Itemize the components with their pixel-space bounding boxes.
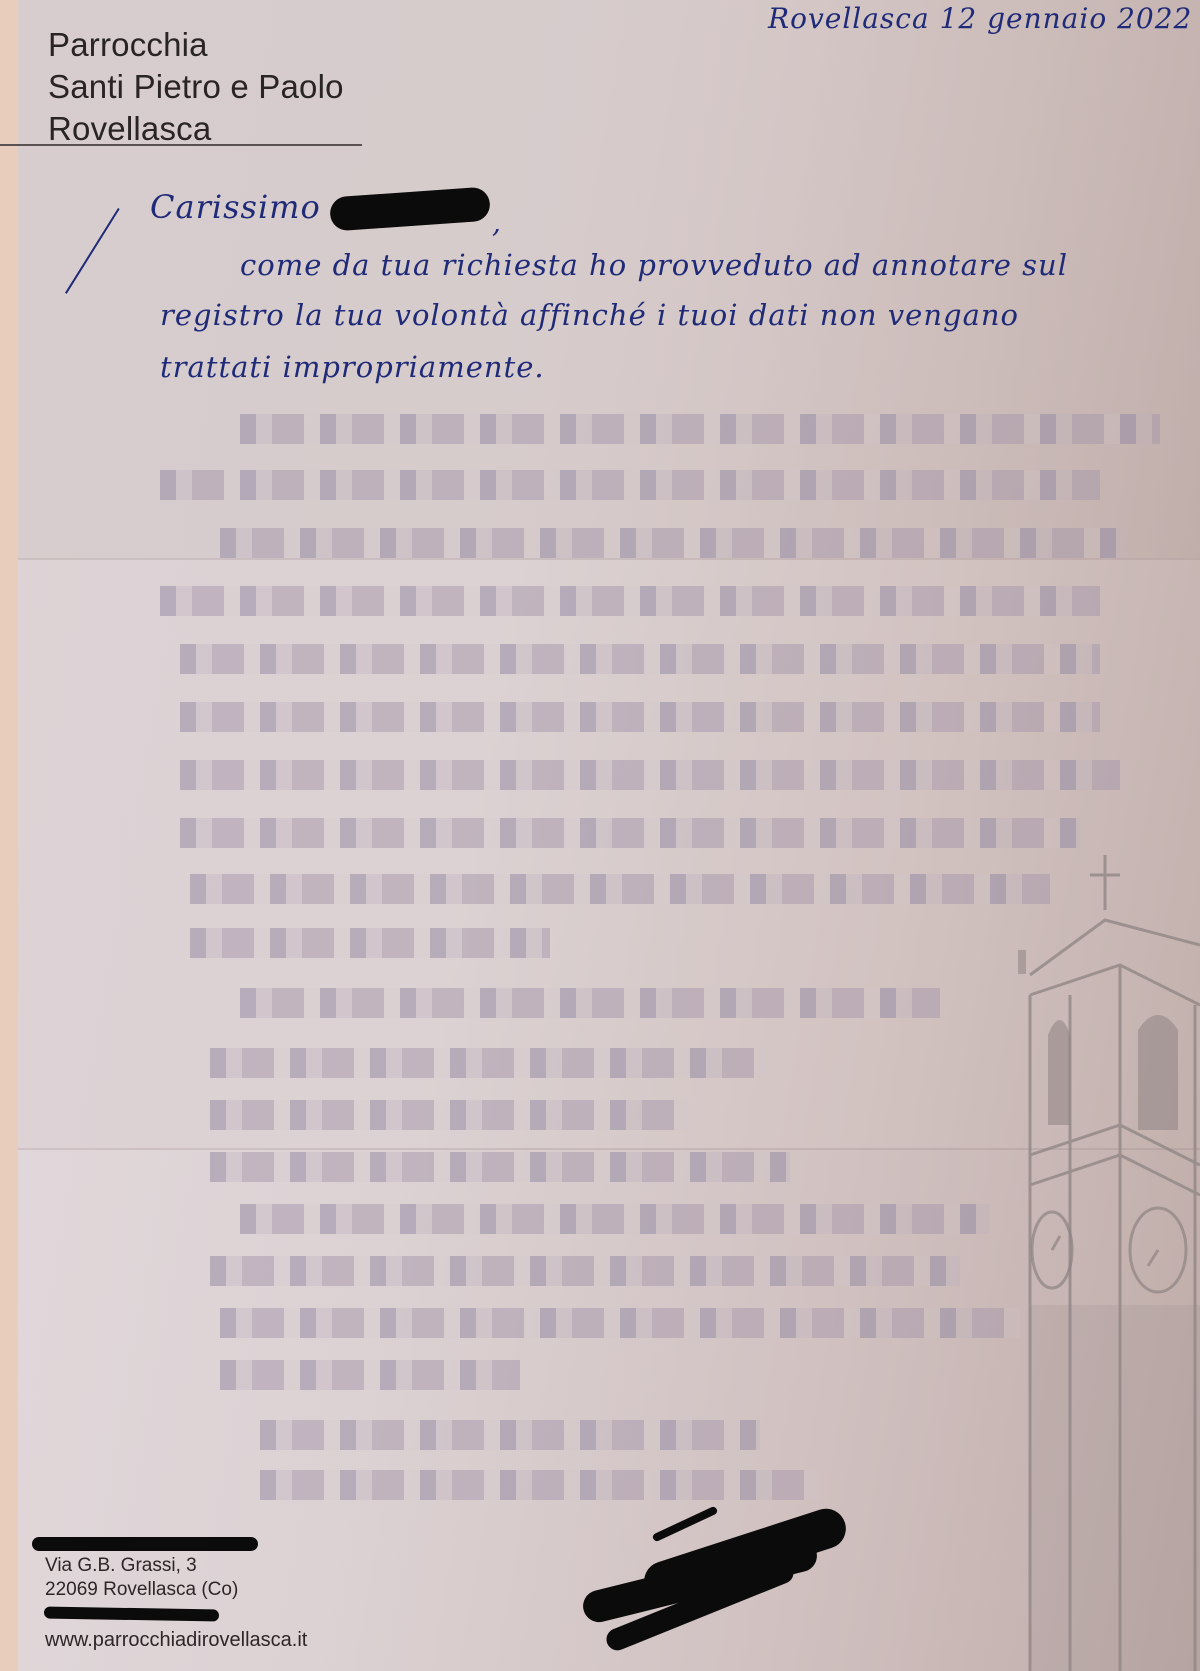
letterhead-saints: Santi Pietro e Paolo <box>48 66 344 108</box>
redacted-footer-name <box>32 1537 258 1551</box>
body-line-3: trattati impropriamente. <box>160 350 545 384</box>
body-line-1: come da tua richiesta ho provveduto ad a… <box>240 248 1068 282</box>
footer-city: 22069 Rovellasca (Co) <box>45 1578 307 1602</box>
letterhead-rule <box>0 144 362 146</box>
body-line-2: registro la tua volontà affinché i tuoi … <box>160 298 1019 332</box>
letterhead-parish: Parrocchia <box>48 24 344 66</box>
bell-tower-watermark-icon <box>1010 855 1200 1671</box>
letterhead: Parrocchia Santi Pietro e Paolo Rovellas… <box>48 24 344 150</box>
letter-date: Rovellasca 12 gennaio 2022 <box>768 2 1192 35</box>
footer-website[interactable]: www.parrocchiadirovellasca.it <box>45 1628 307 1652</box>
greeting-word: Carissimo <box>150 188 321 226</box>
letter-greeting: Carissimo <box>150 188 321 226</box>
footer-address: Via G.B. Grassi, 3 <box>45 1554 307 1578</box>
footer-contact: Via G.B. Grassi, 3 22069 Rovellasca (Co)… <box>45 1554 307 1652</box>
greeting-comma: , <box>492 206 502 239</box>
